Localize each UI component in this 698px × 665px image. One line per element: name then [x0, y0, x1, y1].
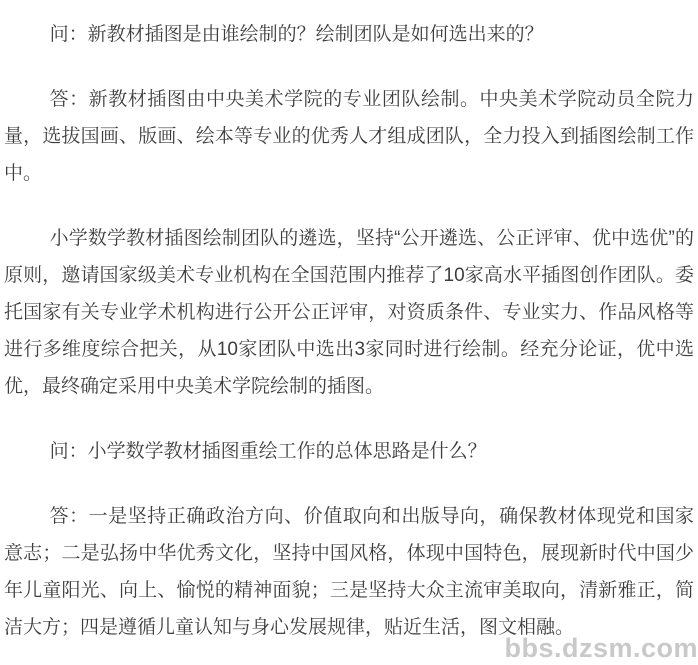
answer-paragraph-2: 答：一是坚持正确政治方向、价值取向和出版导向，确保教材体现党和国家意志；二是弘扬… — [4, 498, 694, 646]
answer-paragraph-1: 答：新教材插图由中央美术学院的专业团队绘制。中央美术学院动员全院力量，选拔国画、… — [4, 81, 694, 192]
site-watermark: bbs.dzsm.com — [504, 635, 698, 665]
question-paragraph-2: 问：小学数学教材插图重绘工作的总体思路是什么？ — [4, 433, 694, 470]
qa-document: 问：新教材插图是由谁绘制的？绘制团队是如何选出来的？ 答：新教材插图由中央美术学… — [0, 0, 698, 646]
question-paragraph-1: 问：新教材插图是由谁绘制的？绘制团队是如何选出来的？ — [4, 16, 694, 53]
answer-paragraph-1-continued: 小学数学教材插图绘制团队的遴选，坚持“公开遴选、公正评审、优中选优”的原则，邀请… — [4, 220, 694, 405]
